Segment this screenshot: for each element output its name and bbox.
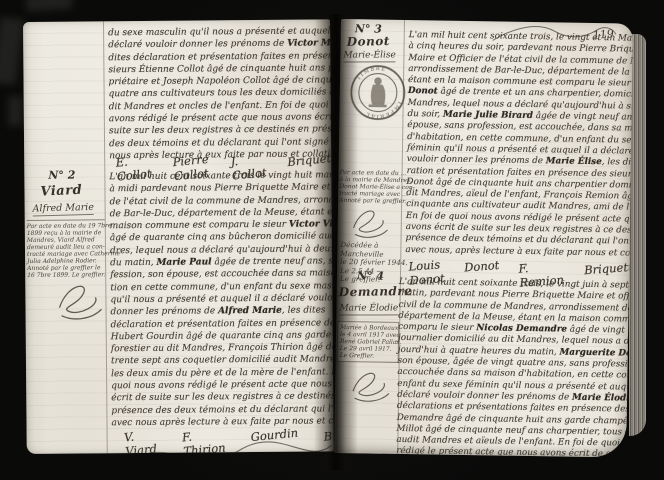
note-line: Annoté par le greffier.	[339, 197, 401, 205]
signature: Donot	[464, 258, 500, 274]
paraph-flourish-icon	[348, 205, 393, 240]
scanned-register-spread: du sexe masculin qu'il nous a présenté e…	[0, 0, 664, 480]
act2-text: L'an mil huit cent soixante trois le vin…	[109, 169, 331, 429]
revenue-stamp-icon: TIMBRE IMPÉRIAL	[348, 63, 407, 122]
act3-margin-firstnames: Marie-Élise	[343, 50, 395, 62]
ink-flourish-icon	[122, 437, 334, 454]
signature: Briquette	[583, 259, 633, 277]
note-line: 16 7bre 1899. Le greffier.	[27, 271, 105, 279]
paraph-flourish-icon	[53, 279, 105, 321]
act1-continuation-text: du sexe masculin qu'il nous a présenté e…	[108, 25, 327, 162]
scan-artifact	[0, 17, 24, 86]
act2-marriage-note: Par acte en date du 19 7bre1899 reçu à l…	[27, 219, 106, 279]
act4-margin-firstnames: Marie Élodie	[339, 303, 398, 315]
act4-text: L'an mil huit cent soixante trois, le vi…	[396, 277, 627, 458]
act4-margin-number: N° 4	[357, 269, 384, 282]
act2-margin-number: N° 2	[48, 169, 75, 182]
act3-margin-surname: Donot	[347, 34, 390, 49]
left-page: du sexe masculin qu'il nous a présenté e…	[23, 19, 334, 454]
scan-artifact	[25, 0, 72, 12]
paraph-flourish-icon	[347, 367, 394, 404]
act2-margin-firstnames: Alfred Marie	[32, 202, 94, 217]
scan-artifact	[8, 96, 22, 126]
right-page: 119 N° 3 Donot Marie-Élise TIMBRE IMPÉRI…	[334, 19, 633, 458]
text-line: rédigé le présent acte que nous avons éc…	[396, 446, 624, 457]
act3-marriage-note: Par acte en date du …à la mairie de Mand…	[339, 169, 402, 205]
act3-text: L'an mil huit cent soixante trois, le vi…	[405, 30, 629, 259]
act2-margin-surname: Viard	[40, 183, 82, 200]
note-line: Le Greffier.	[340, 352, 396, 360]
signature: Briquette	[287, 150, 334, 169]
act4-marriage-stamp-note: Mariée à Bordeauxle 4 avril 1917 avecRen…	[337, 321, 400, 363]
